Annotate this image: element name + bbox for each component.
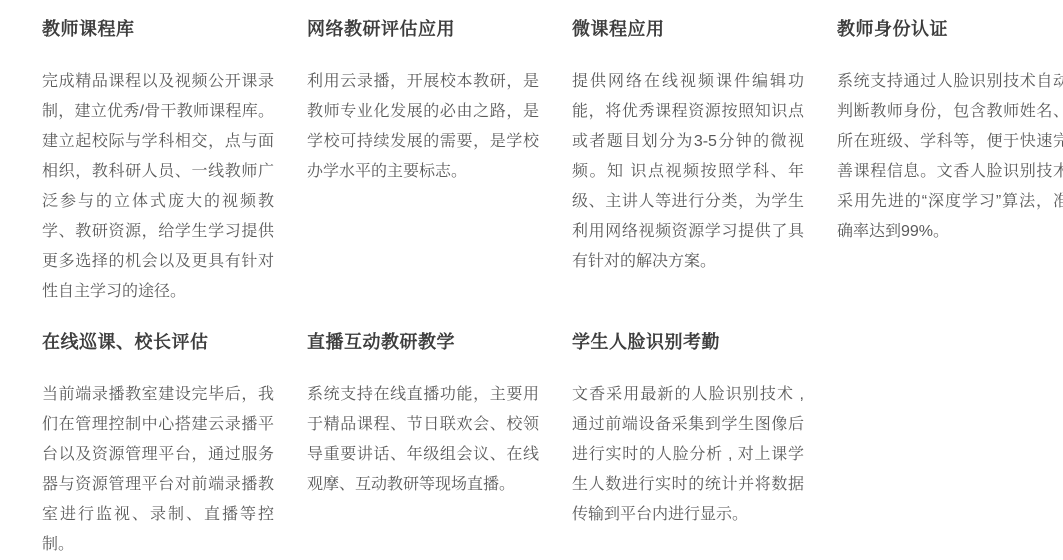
- feature-title: 微课程应用: [572, 17, 812, 41]
- feature-body: 完成精品课程以及视频公开课录制，建立优秀/骨干教师课程库。建立起校际与学科相交，…: [42, 67, 274, 307]
- feature-title: 学生人脸识别考勤: [572, 330, 812, 354]
- feature-title: 直播互动教研教学: [307, 330, 547, 354]
- feature-title: 教师课程库: [42, 17, 282, 41]
- feature-body: 系统支持在线直播功能，主要用于精品课程、节日联欢会、校领导重要讲话、年级组会议、…: [307, 380, 539, 500]
- feature-card-micro-course-application: 微课程应用 提供网络在线视频课件编辑功能，将优秀课程资源按照知识点或者题目划分为…: [572, 17, 812, 330]
- feature-title: 网络教研评估应用: [307, 17, 547, 41]
- feature-card-teacher-identity-authentication: 教师身份认证 系统支持通过人脸识别技术自动判断教师身份，包含教师姓名、所在班级、…: [837, 17, 1063, 330]
- feature-title: 在线巡课、校长评估: [42, 330, 282, 354]
- feature-card-online-class-inspection: 在线巡课、校长评估 当前端录播教室建设完毕后，我们在管理控制中心搭建云录播平台以…: [42, 330, 282, 538]
- features-grid: 教师课程库 完成精品课程以及视频公开课录制，建立优秀/骨干教师课程库。建立起校际…: [42, 17, 1063, 538]
- feature-body: 当前端录播教室建设完毕后，我们在管理控制中心搭建云录播平台以及资源管理平台，通过…: [42, 380, 274, 538]
- feature-body: 提供网络在线视频课件编辑功能，将优秀课程资源按照知识点或者题目划分为3-5分钟的…: [572, 67, 804, 277]
- feature-body: 系统支持通过人脸识别技术自动判断教师身份，包含教师姓名、所在班级、学科等，便于快…: [837, 67, 1063, 247]
- feature-body: 文香采用最新的人脸识别技术 , 通过前端设备采集到学生图像后进行实时的人脸分析 …: [572, 380, 804, 530]
- feature-card-student-face-attendance: 学生人脸识别考勤 文香采用最新的人脸识别技术 , 通过前端设备采集到学生图像后进…: [572, 330, 812, 538]
- feature-title: 教师身份认证: [837, 17, 1063, 41]
- feature-body: 利用云录播，开展校本教研，是教师专业化发展的必由之路，是学校可持续发展的需要，是…: [307, 67, 539, 187]
- feature-card-live-interactive-teaching: 直播互动教研教学 系统支持在线直播功能，主要用于精品课程、节日联欢会、校领导重要…: [307, 330, 547, 538]
- feature-card-online-teaching-research-evaluation: 网络教研评估应用 利用云录播，开展校本教研，是教师专业化发展的必由之路，是学校可…: [307, 17, 547, 330]
- feature-card-teacher-course-library: 教师课程库 完成精品课程以及视频公开课录制，建立优秀/骨干教师课程库。建立起校际…: [42, 17, 282, 330]
